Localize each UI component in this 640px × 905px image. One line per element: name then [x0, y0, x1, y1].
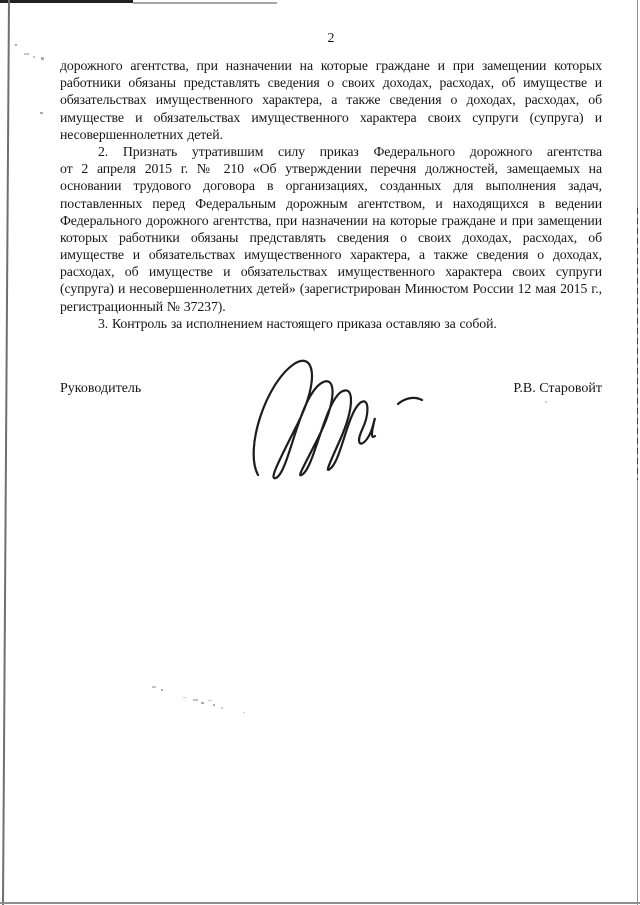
scan-speck: [152, 686, 156, 688]
scan-speck: [24, 53, 29, 55]
document-line: дорожного агентства, при назначении на к…: [60, 57, 602, 74]
document-line: имуществе и обязательствах имущественног…: [60, 246, 602, 263]
document-line: расходах, об имуществе и обязательствах …: [60, 263, 602, 280]
scan-speck: [40, 112, 43, 114]
scan-speck: [201, 702, 204, 704]
document-line: несовершеннолетних детей.: [60, 126, 602, 143]
document-line: работники обязаны представлять сведения …: [60, 74, 602, 91]
page-number: 2: [60, 30, 602, 47]
scan-speck: [33, 56, 35, 58]
document-line: поставленных перед Федеральным дорожным …: [60, 195, 602, 212]
signature-scrawl: [228, 353, 438, 485]
document-line: 2. Признать утратившим силу приказ Федер…: [60, 143, 602, 160]
signature-dash: [398, 398, 422, 404]
scan-speck: [213, 704, 215, 706]
document-line: 3. Контроль за исполнением настоящего пр…: [60, 315, 602, 332]
document-line: от 2 апреля 2015 г. № 210 «Об утверждени…: [60, 160, 602, 177]
scan-speck: [208, 700, 212, 701]
scan-speck: [243, 712, 245, 713]
document-line: обязательствах имущественного характера,…: [60, 91, 602, 108]
signatory-name: Р.В. Старовойт: [513, 380, 602, 398]
document-body: дорожного агентства, при назначении на к…: [60, 57, 602, 332]
scan-edge-bottom: [0, 902, 640, 904]
scan-edge-top-gray: [133, 2, 277, 4]
scan-speck: [15, 44, 17, 46]
scan-speck: [221, 707, 223, 709]
scan-edge-left: [2, 0, 10, 905]
scan-speck: [193, 699, 198, 701]
scan-edge-top-dark: [0, 0, 133, 3]
document-line: которых работники обязаны представлять с…: [60, 229, 602, 246]
scan-edge-right-dashes: [637, 208, 639, 480]
signatory-role: Руководитель: [60, 380, 141, 398]
scan-speck: [41, 57, 44, 60]
document-line: имуществе и обязательствах имущественног…: [60, 109, 602, 126]
document-line: регистрационный № 37237).: [60, 298, 602, 315]
document-line: (супруга) и несовершеннолетних детей» (з…: [60, 280, 602, 297]
scan-speck: [545, 401, 547, 403]
scan-speck: [183, 697, 186, 698]
document-page: 2 дорожного агентства, при назначении на…: [0, 0, 640, 905]
scan-speck: [161, 689, 163, 691]
document-line: основании трудового договора в организац…: [60, 177, 602, 194]
document-line: Федерального дорожного агентства, при на…: [60, 212, 602, 229]
signature-stroke: [254, 361, 375, 478]
